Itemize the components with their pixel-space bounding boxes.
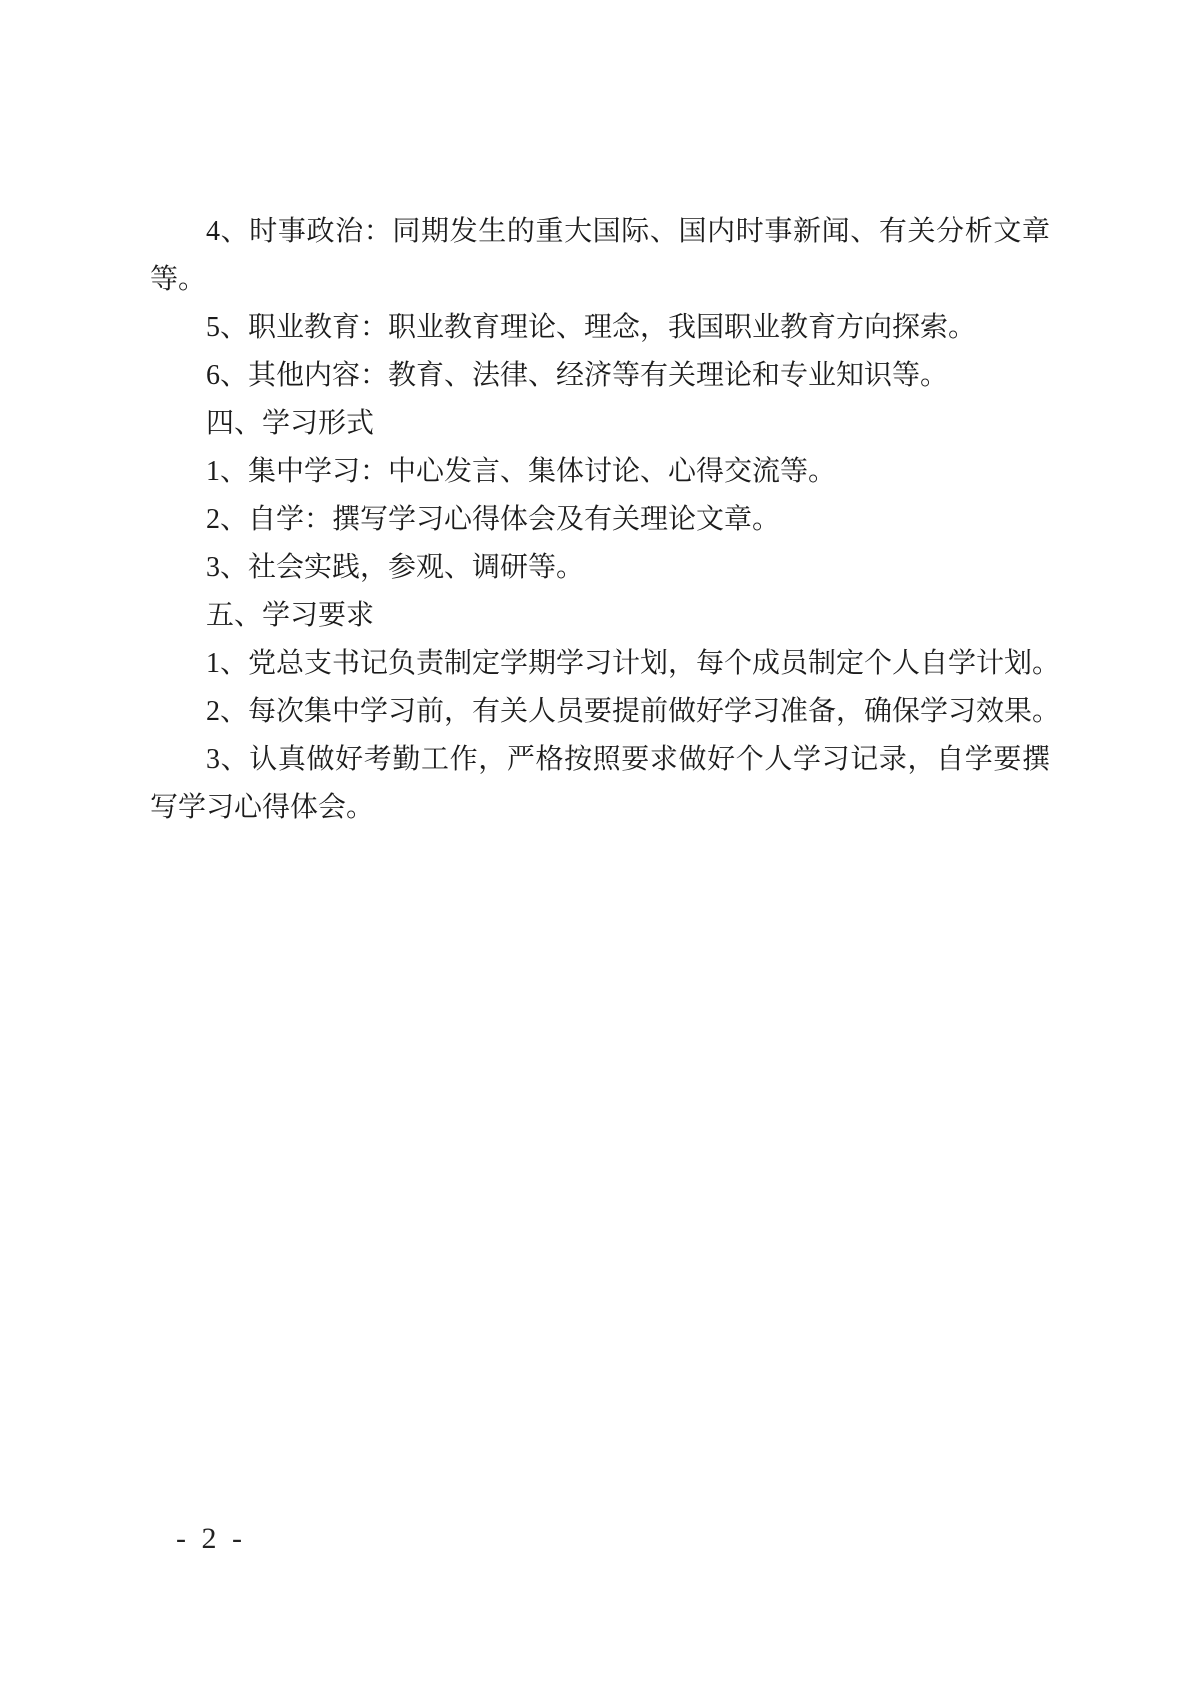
text-line: 1、集中学习：中心发言、集体讨论、心得交流等。: [150, 448, 1050, 496]
text-line: 5、职业教育：职业教育理论、理念，我国职业教育方向探索。: [150, 304, 1050, 352]
text-line: 写学习心得体会。: [150, 784, 1050, 832]
text-line: 等。: [150, 256, 1050, 304]
page-number: - 2 -: [176, 1521, 246, 1557]
document-page: 4、时事政治：同期发生的重大国际、国内时事新闻、有关分析文章等。5、职业教育：职…: [0, 0, 1191, 1684]
text-line: 2、每次集中学习前，有关人员要提前做好学习准备，确保学习效果。: [150, 688, 1050, 736]
text-line: 3、认真做好考勤工作，严格按照要求做好个人学习记录，自学要撰: [150, 736, 1050, 784]
text-line: 五、学习要求: [150, 592, 1050, 640]
text-line: 四、学习形式: [150, 400, 1050, 448]
text-line: 1、党总支书记负责制定学期学习计划，每个成员制定个人自学计划。: [150, 640, 1050, 688]
text-line: 4、时事政治：同期发生的重大国际、国内时事新闻、有关分析文章: [150, 208, 1050, 256]
text-line: 3、社会实践，参观、调研等。: [150, 544, 1050, 592]
text-line: 6、其他内容：教育、法律、经济等有关理论和专业知识等。: [150, 352, 1050, 400]
document-body: 4、时事政治：同期发生的重大国际、国内时事新闻、有关分析文章等。5、职业教育：职…: [150, 208, 1050, 832]
text-line: 2、自学：撰写学习心得体会及有关理论文章。: [150, 496, 1050, 544]
